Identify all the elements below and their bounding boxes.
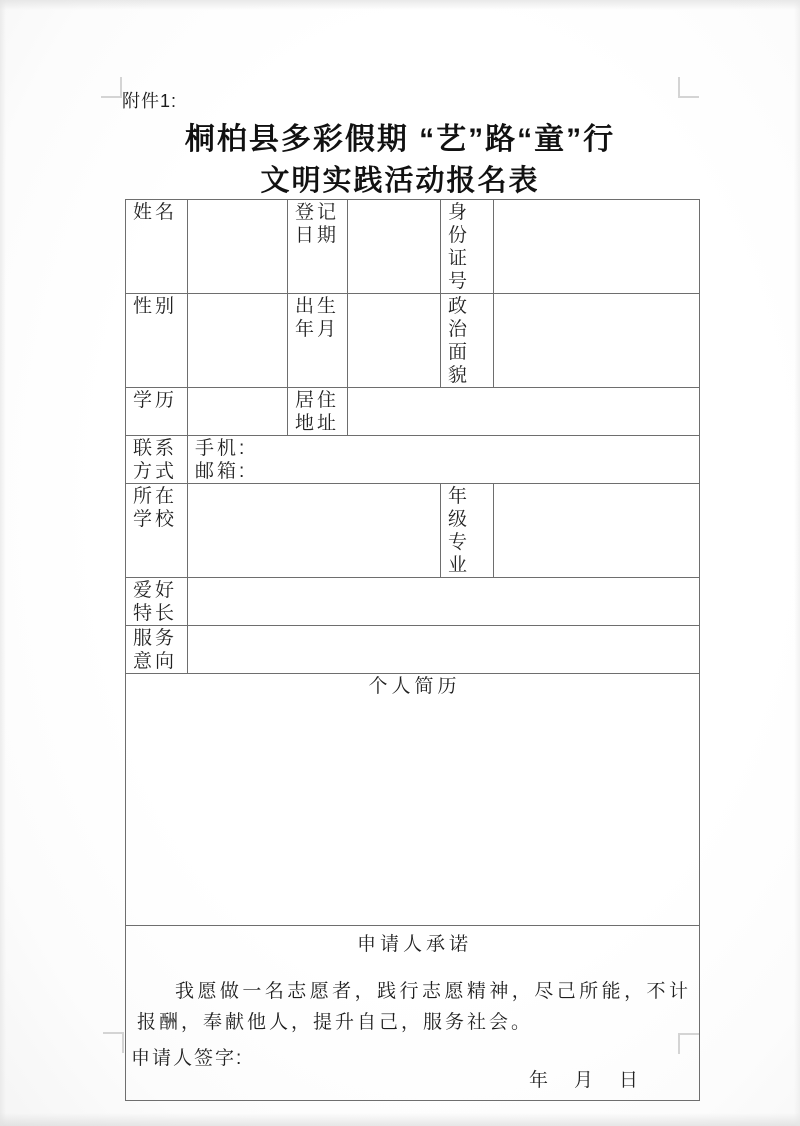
- address-label: 居住地址: [288, 388, 348, 436]
- birth-value-cell: [348, 294, 441, 388]
- reg-date-value-cell: [348, 200, 441, 294]
- table-row: 姓名 登记日期 身份证号: [126, 200, 700, 294]
- pledge-body-text: 我愿做一名志愿者，践行志愿精神，尽己所能，不计报酬，奉献他人，提升自己，服务社会…: [137, 976, 691, 1038]
- service-value-cell: [188, 626, 700, 674]
- registration-form-table: 姓名 登记日期 身份证号 性别 出生年月 政治面貌 学历 居住地址 联系方式 手…: [125, 199, 700, 1101]
- service-label: 服务意向: [126, 626, 188, 674]
- reg-date-label: 登记日期: [288, 200, 348, 294]
- birth-label: 出生年月: [288, 294, 348, 388]
- table-row: 申请人承诺 我愿做一名志愿者，践行志愿精神，尽己所能，不计报酬，奉献他人，提升自…: [126, 926, 700, 1101]
- form-title-line2: 文明实践活动报名表: [0, 158, 800, 199]
- education-value-cell: [188, 388, 288, 436]
- form-title-line1: 桐柏县多彩假期 “艺”路“童”行: [0, 114, 800, 158]
- date-year-label: 年: [529, 1069, 548, 1092]
- table-row: 所在学校 年级专业: [126, 484, 700, 578]
- resume-cell: 个人简历: [126, 674, 700, 926]
- date-month-label: 月: [574, 1069, 593, 1092]
- id-number-value-cell: [494, 200, 700, 294]
- id-number-label: 身份证号: [441, 200, 494, 294]
- grade-major-label: 年级专业: [441, 484, 494, 578]
- pledge-header: 申请人承诺: [133, 933, 696, 956]
- table-row: 联系方式 手机: 邮箱:: [126, 436, 700, 484]
- political-label: 政治面貌: [441, 294, 494, 388]
- school-value-cell: [188, 484, 441, 578]
- table-row: 性别 出生年月 政治面貌: [126, 294, 700, 388]
- name-label: 姓名: [126, 200, 188, 294]
- gender-value-cell: [188, 294, 288, 388]
- contact-value-cell: 手机: 邮箱:: [188, 436, 700, 484]
- text-boundary-mark-top-right: [678, 77, 699, 98]
- document-page: 附件1: 桐柏县多彩假期 “艺”路“童”行 文明实践活动报名表 姓名 登记日期 …: [0, 0, 800, 1126]
- photo-edge-bottom: [0, 1113, 800, 1126]
- signature-label: 申请人签字:: [131, 1047, 243, 1070]
- education-label: 学历: [126, 388, 188, 436]
- email-label: 邮箱:: [195, 460, 696, 483]
- table-row: 爱好特长: [126, 578, 700, 626]
- address-value-cell: [348, 388, 700, 436]
- table-row: 学历 居住地址: [126, 388, 700, 436]
- hobbies-label: 爱好特长: [126, 578, 188, 626]
- text-boundary-mark-top-left: [101, 77, 122, 98]
- table-row: 个人简历: [126, 674, 700, 926]
- political-value-cell: [494, 294, 700, 388]
- gender-label: 性别: [126, 294, 188, 388]
- school-label: 所在学校: [126, 484, 188, 578]
- pledge-cell: 申请人承诺 我愿做一名志愿者，践行志愿精神，尽己所能，不计报酬，奉献他人，提升自…: [126, 926, 700, 1101]
- hobbies-value-cell: [188, 578, 700, 626]
- date-line: 年 月 日: [529, 1069, 638, 1092]
- grade-major-value-cell: [494, 484, 700, 578]
- date-day-label: 日: [619, 1069, 638, 1092]
- name-value-cell: [188, 200, 288, 294]
- table-row: 服务意向: [126, 626, 700, 674]
- text-boundary-mark-bottom-left: [103, 1032, 124, 1053]
- phone-label: 手机:: [195, 437, 696, 460]
- contact-label: 联系方式: [126, 436, 188, 484]
- attachment-label: 附件1:: [122, 87, 177, 113]
- photo-edge-top: [0, 0, 800, 10]
- resume-header: 个人简历: [368, 676, 460, 697]
